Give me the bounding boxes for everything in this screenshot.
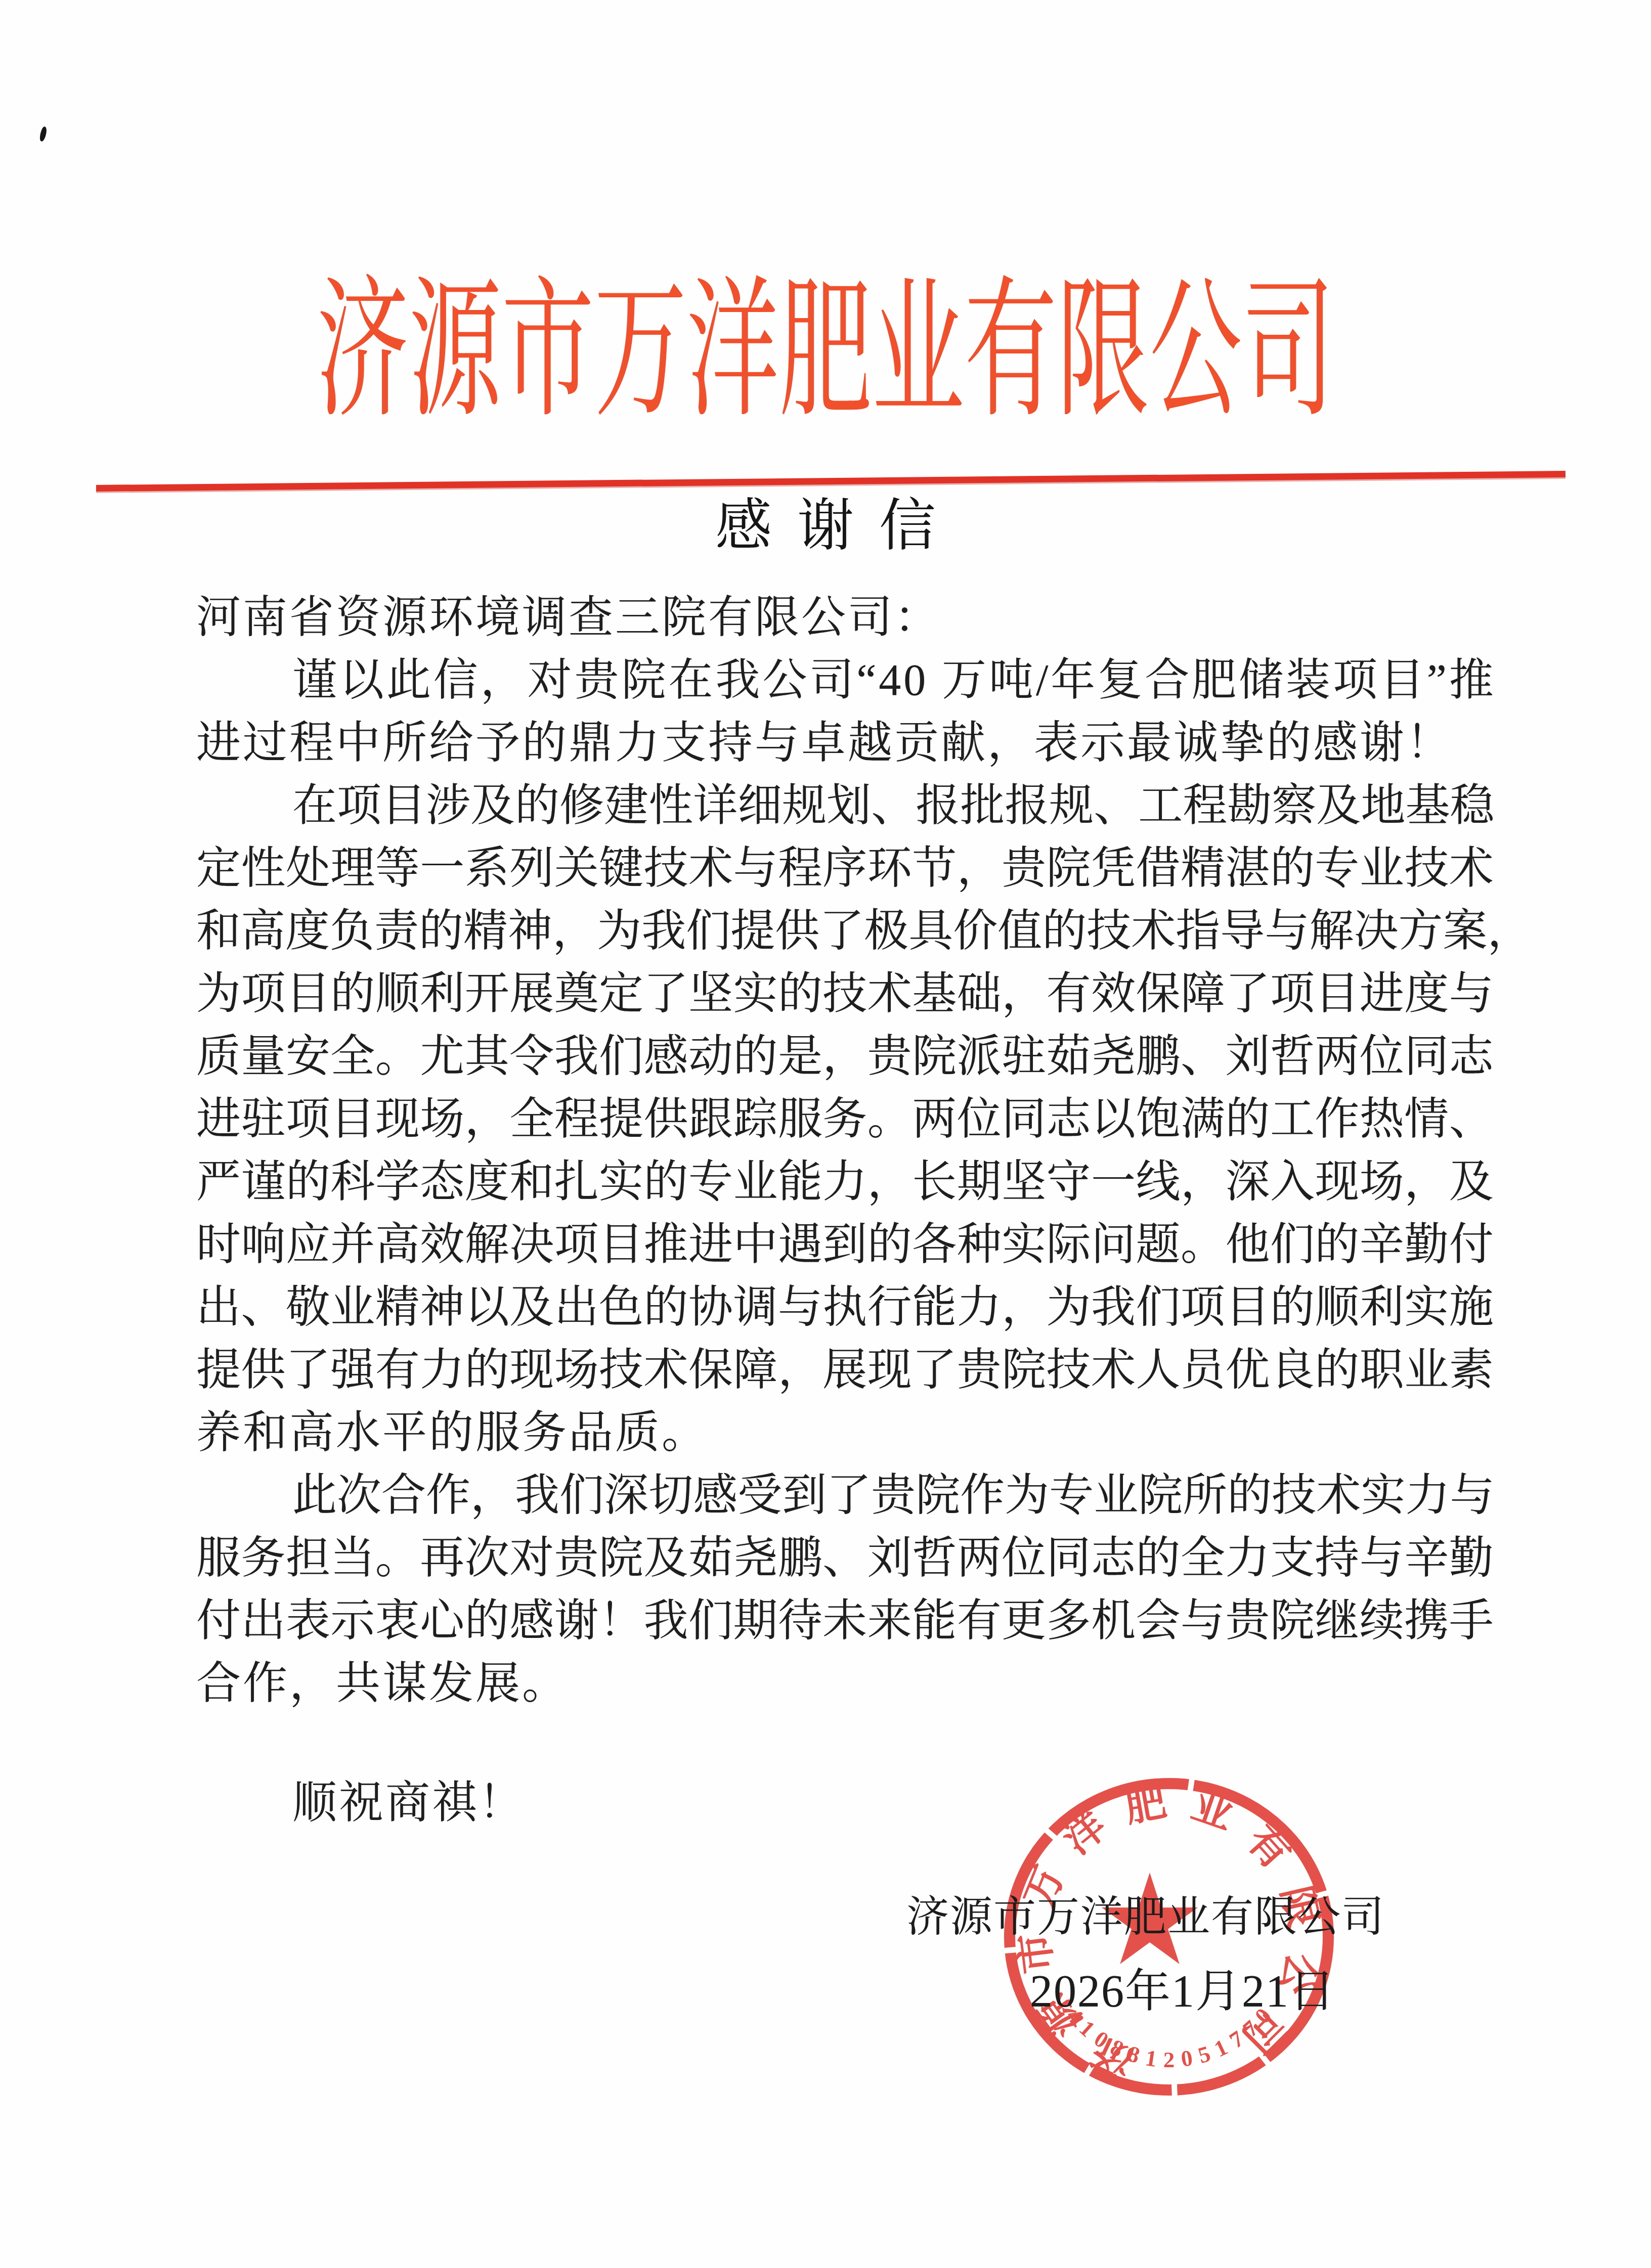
company-header: 济源市万洋肥业有限公司 xyxy=(0,273,1651,430)
svg-text:肥: 肥 xyxy=(1122,1780,1169,1831)
body-line: 为项目的顺利开展奠定了坚实的技术基础，有效保障了项目进度与 xyxy=(196,963,1494,1026)
svg-text:洋: 洋 xyxy=(1055,1803,1115,1863)
body-line: 进驻项目现场，全程提供跟踪服务。两位同志以饱满的工作热情、 xyxy=(196,1088,1494,1151)
body-line: 服务担当。再次对贵院及茹尧鹏、刘哲两位同志的全力支持与辛勤 xyxy=(196,1527,1494,1590)
body-line: 养和高水平的服务品质。 xyxy=(196,1402,1494,1464)
body-line: 严谨的科学态度和扎实的专业能力，长期坚守一线，深入现场，及 xyxy=(196,1151,1494,1214)
letter-page: 济源市万洋肥业有限公司 感谢信 河南省资源环境调查三院有限公司：谨以此信，对贵院… xyxy=(0,0,1651,2268)
svg-text:有: 有 xyxy=(1238,1817,1298,1877)
body-line: 此次合作，我们深切感受到了贵院作为专业院所的技术实力与 xyxy=(196,1464,1494,1527)
body-line: 定性处理等一系列关键技术与程序环节，贵院凭借精湛的专业技术 xyxy=(196,837,1494,900)
body-line: 进过程中所给予的鼎力支持与卓越贡献，表示最诚挚的感谢！ xyxy=(196,712,1494,775)
signature-date: 2026年1月21日 xyxy=(1030,1965,1336,2019)
letter-title: 感谢信 xyxy=(0,497,1651,556)
body-line: 付出表示衷心的感谢！我们期待未来能有更多机会与贵院继续携手 xyxy=(196,1590,1494,1653)
divider-line xyxy=(96,471,1566,492)
body-line: 出、敬业精神以及出色的协调与执行能力，为我们项目的顺利实施 xyxy=(196,1276,1494,1339)
scan-ink-artifact xyxy=(39,126,48,142)
svg-text:1: 1 xyxy=(1144,2045,1158,2072)
svg-text:0: 0 xyxy=(1179,2045,1194,2072)
body-line: 河南省资源环境调查三院有限公司： xyxy=(196,587,1494,649)
body-line: 谨以此信，对贵院在我公司“40 万吨/年复合肥储装项目”推 xyxy=(196,649,1494,712)
body-line: 在项目涉及的修建性详细规划、报批报规、工程勘察及地基稳 xyxy=(196,775,1494,837)
svg-text:5: 5 xyxy=(1195,2041,1213,2068)
body-line: 合作，共谋发展。 xyxy=(196,1653,1494,1715)
letter-body: 河南省资源环境调查三院有限公司：谨以此信，对贵院在我公司“40 万吨/年复合肥储… xyxy=(196,587,1494,1835)
body-line: 质量安全。尤其令我们感动的是，贵院派驻茹尧鹏、刘哲两位同志 xyxy=(196,1026,1494,1088)
body-line: 时响应并高效解决项目推进中遇到的各种实际问题。他们的辛勤付 xyxy=(196,1214,1494,1276)
body-line: 和高度负责的精神，为我们提供了极具价值的技术指导与解决方案， xyxy=(196,900,1494,963)
svg-text:1: 1 xyxy=(1210,2034,1232,2062)
signature-company: 济源市万洋肥业有限公司 xyxy=(906,1892,1385,1943)
body-line: 提供了强有力的现场技术保障，展现了贵院技术人员优良的职业素 xyxy=(196,1339,1494,1402)
company-header-text: 济源市万洋肥业有限公司 xyxy=(317,276,1335,427)
svg-text:2: 2 xyxy=(1163,2047,1175,2072)
